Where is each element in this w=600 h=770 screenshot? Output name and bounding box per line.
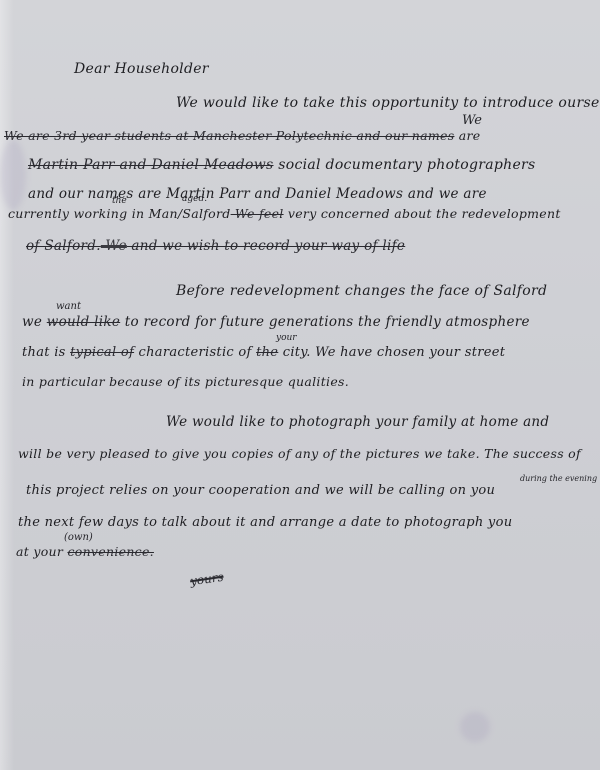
insertion-text: (own) <box>64 532 93 543</box>
struck-text: and we wish to record your way of life <box>127 238 405 254</box>
insertion-text: want <box>56 301 81 312</box>
insertion-text: during the evening <box>520 474 597 483</box>
letter-line: and our names are Martin Parr and Daniel… <box>28 188 487 202</box>
line-text: Before redevelopment changes the face of… <box>176 283 547 299</box>
struck-text: convenience. <box>67 544 154 559</box>
line-text: characteristic of <box>134 345 256 360</box>
insertion-text: the <box>112 196 127 206</box>
line-text: and our names are Martin Parr and Daniel… <box>28 186 487 202</box>
line-text: will be very pleased to give you copies … <box>18 446 581 461</box>
line-text: social documentary photographers <box>274 157 536 173</box>
struck-text: typical of <box>70 345 134 360</box>
line-text: We would like to take this opportunity t… <box>176 95 600 111</box>
signature: yours <box>189 570 224 589</box>
letter-line: that is typical of characteristic of the… <box>22 346 505 359</box>
line-text: in particular because of its picturesque… <box>22 374 349 389</box>
line-text: that is <box>22 345 70 360</box>
struck-text: Martin Parr and Daniel Meadows <box>28 157 274 173</box>
letter-line: We would like to take this opportunity t… <box>176 96 600 110</box>
letter-line: in particular because of its picturesque… <box>22 376 349 389</box>
struck-text: of Salford. <box>26 238 101 254</box>
scribbled-text: We <box>101 238 127 254</box>
line-text: this project relies on your cooperation … <box>26 483 495 498</box>
letter-line: will be very pleased to give you copies … <box>18 448 581 461</box>
letter-line: currently working in Man/Salford We feel… <box>8 208 561 221</box>
salutation: Dear Householder <box>74 62 209 76</box>
struck-text: We feel <box>231 206 284 221</box>
line-text: we <box>22 314 47 330</box>
letter-line: We would like to photograph your family … <box>166 416 549 430</box>
letter-line: the next few days to talk about it and a… <box>18 516 512 529</box>
line-text: city. We have chosen your street <box>278 345 505 360</box>
letter-line: Before redevelopment changes the face of… <box>176 284 547 298</box>
struck-text: would like <box>47 314 120 330</box>
letter-line: at your convenience. <box>16 546 154 559</box>
letter-line: Martin Parr and Daniel Meadows social do… <box>28 158 536 172</box>
line-text: We would like to photograph your family … <box>166 414 549 430</box>
line-text: currently working in Man/Salford <box>8 206 231 221</box>
insertion-text: We <box>462 113 482 128</box>
letter-line: this project relies on your cooperation … <box>26 484 495 497</box>
letter-page: Dear Householder We would like to take t… <box>0 0 600 770</box>
line-text: at your <box>16 544 67 559</box>
line-text: the next few days to talk about it and a… <box>18 515 512 530</box>
insertion-text: your <box>276 333 297 343</box>
line-text: to record for future generations the fri… <box>120 314 530 330</box>
letter-line: of Salford. We and we wish to record you… <box>26 240 405 254</box>
line-text: very concerned about the redevelopment <box>284 206 561 221</box>
struck-text: We are 3rd year students at Manchester P… <box>4 128 454 143</box>
paper-smudge <box>460 712 490 742</box>
letter-line: we would like to record for future gener… <box>22 316 530 330</box>
letter-line: We are 3rd year students at Manchester P… <box>4 130 480 143</box>
insertion-text: aged. <box>182 194 207 204</box>
line-text: are <box>454 128 480 143</box>
struck-text: the <box>256 345 278 360</box>
paper-smudge <box>0 140 26 210</box>
